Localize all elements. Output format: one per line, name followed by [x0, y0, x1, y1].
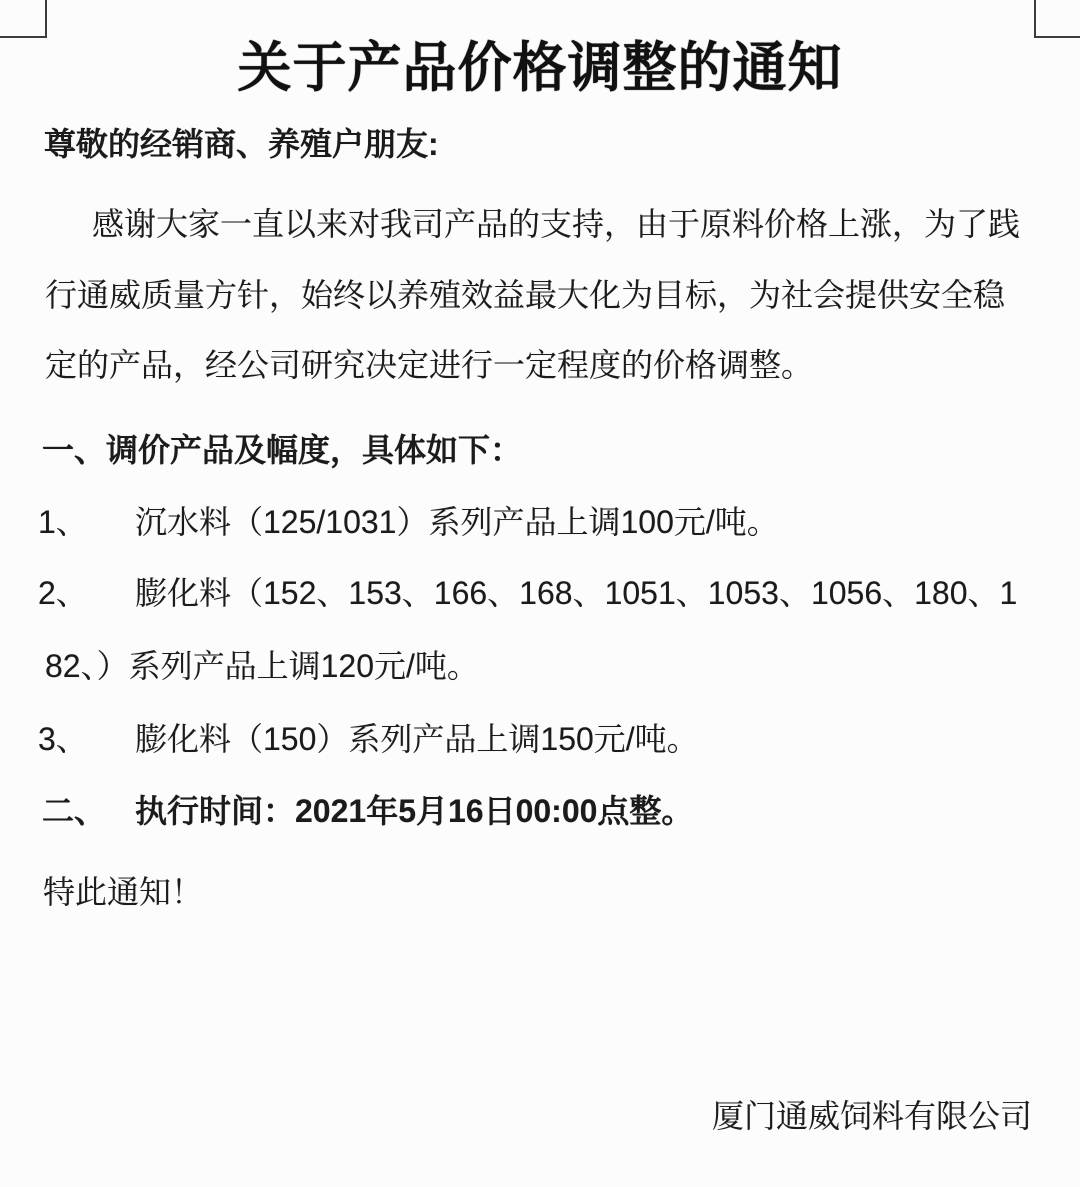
price-item-3-number: 3、 [38, 719, 135, 759]
price-item-2-continued: 82、）系列产品上调120元/吨。 [45, 646, 479, 686]
price-item-3: 3、膨化料（150）系列产品上调150元/吨。 [38, 719, 699, 759]
price-item-3-text: 膨化料（150）系列产品上调150元/吨。 [135, 721, 699, 757]
closing-line: 特此通知！ [43, 872, 203, 912]
scan-corner-mark-right [1034, 0, 1080, 38]
price-item-1-number: 1、 [38, 502, 135, 542]
notice-title: 关于产品价格调整的通知 [0, 36, 1080, 100]
company-signature: 厦门通威饲料有限公司 [712, 1096, 1032, 1136]
body-paragraph-line: 行通威质量方针，始终以养殖效益最大化为目标，为社会提供安全稳 [45, 275, 1005, 315]
scan-corner-mark-left [0, 0, 47, 38]
price-item-2: 2、膨化料（152、153、166、168、1051、1053、1056、180… [38, 573, 1017, 613]
notice-document: 关于产品价格调整的通知 尊敬的经销商、养殖户朋友: 感谢大家一直以来对我司产品的… [0, 0, 1080, 1187]
price-item-2-text: 膨化料（152、153、166、168、1051、1053、1056、180、1 [135, 575, 1017, 611]
salutation: 尊敬的经销商、养殖户朋友: [44, 124, 439, 164]
section2-heading: 二、执行时间：2021年5月16日00:00点整。 [42, 791, 693, 831]
price-item-1: 1、沉水料（125/1031）系列产品上调100元/吨。 [38, 502, 779, 542]
price-item-1-text: 沉水料（125/1031）系列产品上调100元/吨。 [135, 504, 779, 540]
section2-number: 二、 [42, 791, 135, 831]
section2-text: 执行时间：2021年5月16日00:00点整。 [135, 793, 693, 829]
section1-heading: 一、调价产品及幅度，具体如下： [42, 430, 522, 470]
body-paragraph-line: 定的产品，经公司研究决定进行一定程度的价格调整。 [45, 345, 813, 385]
body-paragraph-line: 感谢大家一直以来对我司产品的支持，由于原料价格上涨，为了践 [92, 204, 1020, 244]
price-item-2-number: 2、 [38, 573, 135, 613]
